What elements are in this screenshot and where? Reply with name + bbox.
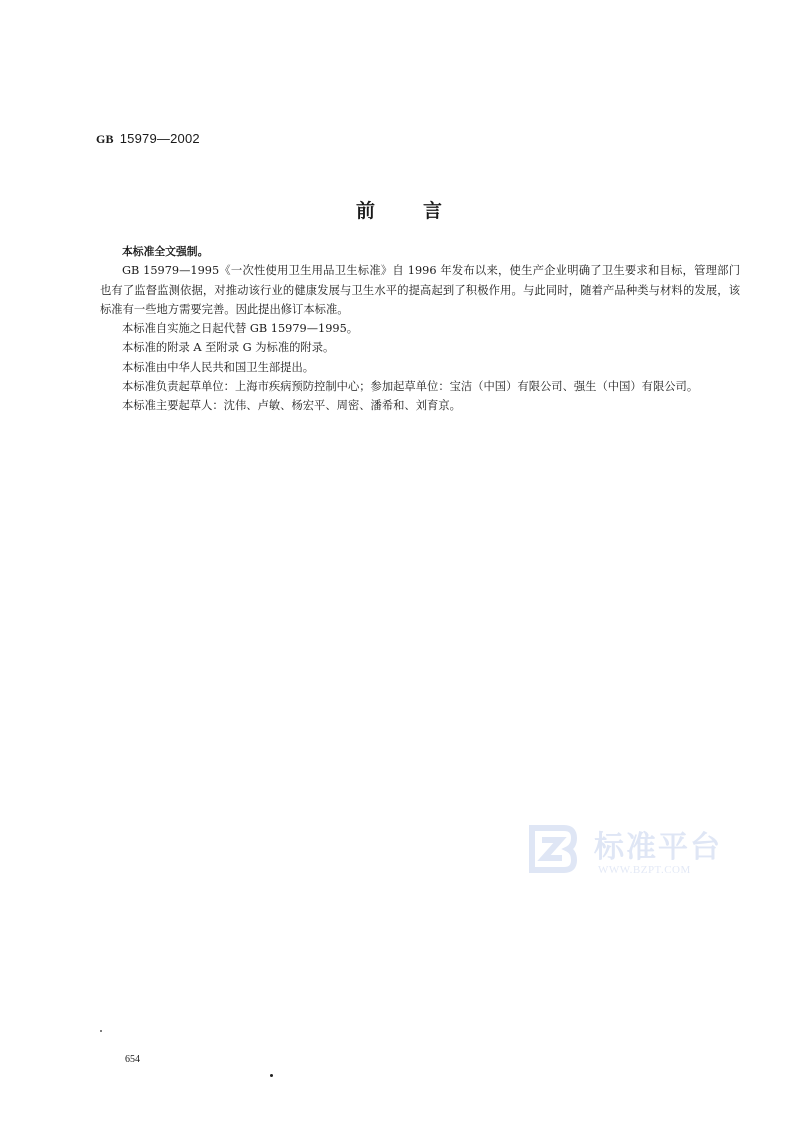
page-number: 654 bbox=[125, 1054, 140, 1065]
standard-number: 15979—2002 bbox=[120, 131, 200, 146]
paragraph-appendix: 本标准的附录 A 至附录 G 为标准的附录。 bbox=[100, 338, 740, 357]
scan-speck bbox=[100, 1030, 102, 1032]
paragraph-replaces: 本标准自实施之日起代替 GB 15979—1995。 bbox=[100, 319, 740, 338]
page-title: 前言 bbox=[356, 196, 490, 223]
watermark-text: 标准平台 bbox=[594, 822, 722, 866]
paragraph-mandatory: 本标准全文强制。 bbox=[100, 242, 740, 261]
paragraph-drafters: 本标准主要起草人：沈伟、卢敏、杨宏平、周密、潘希和、刘育京。 bbox=[100, 396, 740, 415]
paragraph-drafting-units: 本标准负责起草单位：上海市疾病预防控制中心；参加起草单位：宝洁（中国）有限公司、… bbox=[100, 377, 740, 396]
paragraph-proposer: 本标准由中华人民共和国卫生部提出。 bbox=[100, 358, 740, 377]
scan-speck bbox=[270, 1074, 273, 1077]
bz-logo-icon bbox=[528, 824, 578, 874]
paragraph-history: GB 15979—1995《一次性使用卫生用品卫生标准》自 1996 年发布以来… bbox=[100, 261, 740, 319]
document-body: 本标准全文强制。 GB 15979—1995《一次性使用卫生用品卫生标准》自 1… bbox=[100, 242, 740, 416]
watermark-url: WWW.BZPT.COM bbox=[598, 864, 691, 876]
standard-prefix: GB bbox=[96, 132, 114, 146]
watermark: 标准平台 WWW.BZPT.COM bbox=[528, 822, 728, 882]
standard-code: GB15979—2002 bbox=[96, 131, 200, 147]
